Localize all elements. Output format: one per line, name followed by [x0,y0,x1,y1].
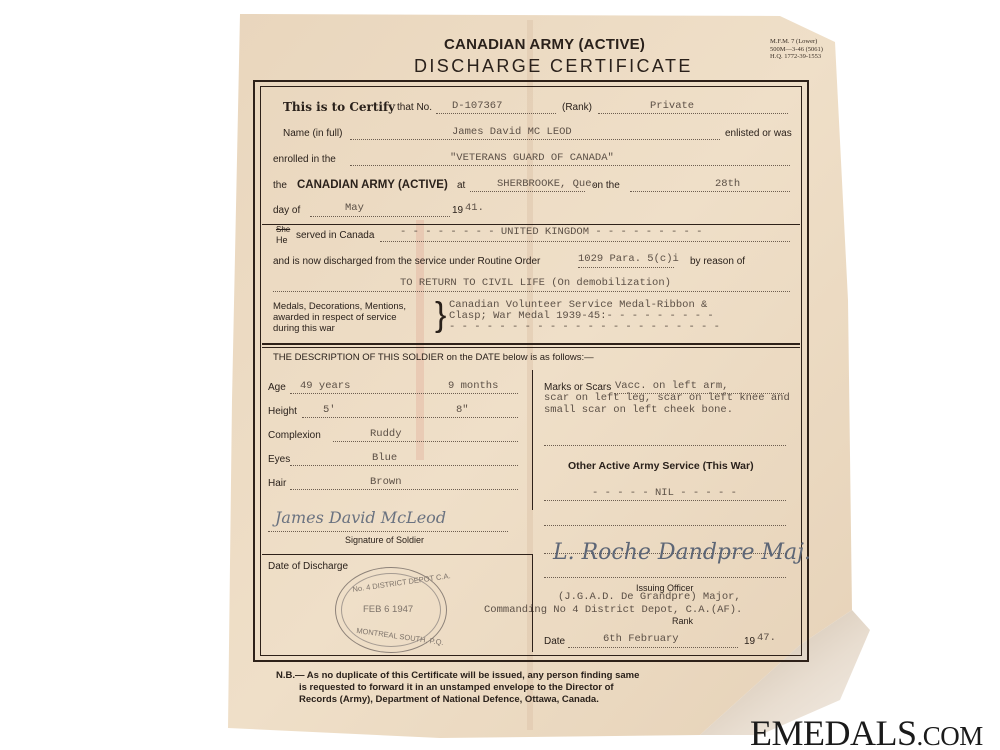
age-label: Age [268,382,286,393]
height-field-line [302,417,518,418]
name-field-line [350,139,720,140]
month-value: May [345,202,364,214]
hair-field-line [290,489,518,490]
form-code-line: M.F.M. 7 (Lower) [770,38,823,46]
complexion-label: Complexion [268,430,321,441]
section-divider [262,224,800,225]
marks-value-line: scar on left leg, scar on left knee and [544,392,790,404]
rank-label-bottom: Rank [672,616,693,626]
marks-value-line: Vacc. on left arm, [544,380,790,392]
that-no-label: that No. [397,102,432,113]
column-divider [532,370,533,510]
header-title: DISCHARGE CERTIFICATE [414,56,693,77]
army-name: CANADIAN ARMY (ACTIVE) [297,179,448,191]
hair-value: Brown [370,476,402,488]
medals-label-line: awarded in respect of service [273,312,406,323]
soldier-signature-line [268,531,508,532]
officer-signature: L. Roche Dandpre Maj. [553,540,811,565]
complexion-field-line [333,441,518,442]
complexion-value: Ruddy [370,428,402,440]
form-codes: M.F.M. 7 (Lower) 500M—3-46 (5061) H.Q. 1… [770,38,823,61]
served-label: served in Canada [296,230,374,241]
rank-field-line [598,113,788,114]
certify-prefix: This is to Certify [283,100,395,114]
order-value: 1029 Para. 5(c)i [578,253,679,265]
watermark-suffix: .COM [917,721,983,750]
issue-date-value: 6th February [603,633,679,645]
height-inches: 8" [456,404,469,416]
header-army: CANADIAN ARMY (ACTIVE) [444,36,645,53]
marks-value-line: small scar on left cheek bone. [544,404,790,416]
day-of-label: day of [273,205,300,216]
description-heading: THE DESCRIPTION OF THIS SOLDIER on the D… [273,352,594,363]
unit-field-line [350,165,790,166]
section-divider [262,343,800,345]
enlisted-label: enlisted or was [725,128,792,139]
nb-note: N.B.— As no duplicate of this Certificat… [276,670,639,706]
served-value: - - - - - - - - UNITED KINGDOM - - - - -… [400,226,702,238]
reason-value: TO RETURN TO CIVIL LIFE (On demobilizati… [400,277,671,289]
height-label: Height [268,406,297,417]
medals-value: Canadian Volunteer Service Medal-Ribbon … [449,300,720,333]
month-field-line [310,216,450,217]
eyes-field-line [290,465,518,466]
place-value: SHERBROOKE, Que. [497,178,598,190]
date-box-divider [532,554,533,652]
brace-symbol: } [435,298,446,332]
nb-prefix: N.B.— [276,670,305,681]
medals-label-line: Medals, Decorations, Mentions, [273,301,406,312]
height-feet: 5' [323,404,336,416]
order-field-line [578,267,674,268]
she-label: She [276,225,290,234]
eyes-value: Blue [372,452,397,464]
age-years: 49 years [300,380,350,392]
army-prefix: the [273,180,287,191]
eyes-label: Eyes [268,454,290,465]
issue-date-label: Date [544,636,565,647]
hair-label: Hair [268,478,286,489]
age-months: 9 months [448,380,498,392]
form-code-line: 500M—3-46 (5061) [770,46,823,54]
reason-label: by reason of [690,256,745,267]
nb-line: As no duplicate of this Certificate will… [307,670,640,681]
stamp-date: FEB 6 1947 [363,604,413,615]
year-prefix: 19 [452,205,463,216]
emedals-watermark: EMEDALS.COM [750,712,983,750]
other-service-line [544,500,786,501]
on-the-label: on the [592,180,620,191]
watermark-main: EMEDALS [750,713,917,750]
nb-line: Records (Army), Department of National D… [276,694,639,706]
officer-command: Commanding No 4 District Depot, C.A.(AF)… [484,604,742,616]
form-code-line: H.Q. 1772-39-1553 [770,53,823,61]
medals-label-line: during this war [273,323,406,334]
other-service-label: Other Active Army Service (This War) [568,460,754,472]
soldier-signature: James David McLeod [275,508,446,527]
issue-year-prefix: 19 [744,636,755,647]
medals-value-line: - - - - - - - - - - - - - - - - - - - - … [449,322,720,333]
other-service-value: - - - - - NIL - - - - - [592,487,737,499]
officer-name: (J.G.A.D. De Grandpre) Major, [558,591,741,603]
reason-field-line [273,291,790,292]
issue-date-line [568,647,738,648]
discharge-label: and is now discharged from the service u… [273,256,540,267]
officer-blank-line [544,525,786,526]
year-value: 41. [465,202,484,214]
soldier-signature-label: Signature of Soldier [345,535,424,545]
marks-extra-line [544,445,786,446]
marks-value: Vacc. on left arm, scar on left leg, sca… [544,380,790,416]
issue-year-value: 47. [757,632,776,644]
he-label: He [276,235,288,245]
unit-value: "VETERANS GUARD OF CANADA" [450,152,614,164]
rank-label: (Rank) [562,102,592,113]
enrolled-label: enrolled in the [273,154,336,165]
age-field-line [290,393,518,394]
nb-line: is requested to forward it in an unstamp… [276,682,639,694]
served-field-line [380,241,790,242]
day-field-line [630,191,790,192]
medals-label: Medals, Decorations, Mentions, awarded i… [273,301,406,334]
section-divider [262,347,800,348]
service-number: D-107367 [452,100,502,112]
rank-value: Private [650,100,694,112]
at-label: at [457,180,465,191]
place-field-line [470,191,585,192]
officer-signature-line [544,577,786,578]
name-label: Name (in full) [283,128,342,139]
day-value: 28th [715,178,740,190]
number-field-line [436,113,556,114]
date-of-discharge-label: Date of Discharge [268,561,348,572]
date-box-top [262,554,532,555]
name-value: James David MC LEOD [452,126,572,138]
